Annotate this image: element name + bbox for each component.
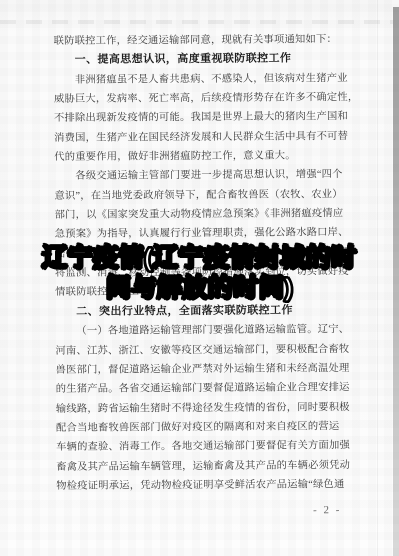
page-number: - 2 - [56,504,351,518]
doc-line: 配合当地畜牧兽医部门做好对疫区的隔离和对来自疫区的营运 [56,417,351,438]
doc-line: 代的重要作用，做好非洲猪瘟防控工作，意义重大。 [54,146,349,167]
doc-line: 畜禽及其产品运输车辆管理，运输畜禽及其产品的车辆必须凭动 [56,456,351,477]
doc-line: 各级交通运输主管部门要进一步提高思想认识，增强“四个 [54,166,349,187]
section-heading-2: 二、突出行业特点，全面落实联防联控工作 [55,301,350,322]
doc-line: 的生猪产品。各省交通运输部门要督促道路运输企业合理安排运 [56,378,351,399]
doc-line: 联防联控工作，经交通运输部同意，现就有关事项通知如下： [54,30,349,51]
doc-line: 输线路，跨省运输生猪时不得途径发生疫情的省份，同时要积极 [56,398,351,419]
doc-line: 非洲猪瘟虽不是人畜共患病、不感染人，但该病对生猪产业 [54,69,349,90]
photo-artifact-top-seam [0,20,399,24]
doc-line: 兽医部门，督促道路运输企业严禁对外运输生猪和未经高温处理 [56,359,351,380]
doc-line: 威胁巨大，发病率、死亡率高，后续疫情形势存在许多不确定性， [54,88,349,109]
doc-line: 部门，以《国家突发重大动物疫情应急预案》《非洲猪瘟疫情应 [55,204,350,225]
doc-line: 河南、江苏、浙江、安徽等疫区交通运输部门，要积极配合畜牧 [55,340,350,361]
overlay-caption: 辽宁疫情(辽宁疫情封城的时 间与解放的时间) [0,243,399,303]
doc-line: （一）各地道路运输管理部门要强化道路运输监管。辽宁、 [55,320,350,341]
doc-line: 意识”，在当地党委政府领导下，配合畜牧兽医（农牧、农业） [54,185,349,206]
document-photo: 联防联控工作，经交通运输部同意，现就有关事项通知如下： 一、提高思想认识，高度重… [0,0,399,556]
overlay-caption-line2: 间与解放的时间) [106,274,293,302]
doc-line: 不排除出现新发疫情的可能。我国是世界上最大的猪肉生产国和 [54,107,349,128]
doc-line: 物检疫证明承运，凭动物检疫证明享受鲜活农产品运输“绿色通 [56,475,351,496]
doc-line: 急预案》为指导，认真履行行业管理职责，强化公路水路口岸、 [55,224,350,245]
section-heading-1: 一、提高思想认识，高度重视联防联控工作 [54,49,349,70]
overlay-caption-line1: 辽宁疫情(辽宁疫情封城的时 [42,244,357,272]
doc-line: 车辆的查验、消毒工作。各地交通运输部门要督促有关方面加强 [56,436,351,457]
doc-line: 消费国，生猪产业在国民经济发展和人民群众生活中具有不可替 [54,127,349,148]
